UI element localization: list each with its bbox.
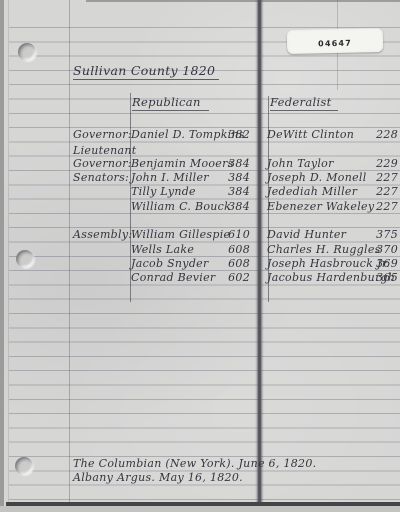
column-header-federalist: Federalist [270, 95, 338, 111]
office-label: Governor: [73, 128, 132, 141]
republican-votes: 608 [212, 257, 250, 270]
federalist-name: Jedediah Miller [267, 185, 357, 198]
federalist-name: David Hunter [267, 228, 346, 241]
page-top-edge [86, 0, 400, 2]
federalist-votes: 228 [358, 128, 398, 141]
table-row-senator: Tilly Lynde 384 Jedediah Miller 227 [0, 185, 400, 199]
office-label: Senators: [73, 171, 129, 184]
table-row-assembly: Conrad Bevier 602 Jacobus Hardenburgh 36… [0, 271, 400, 285]
catalog-number: 04647 [318, 39, 352, 49]
table-row-assembly: Jacob Snyder 608 Joseph Hasbrouck Jr. 36… [0, 257, 400, 271]
republican-name: Conrad Bevier [131, 271, 215, 284]
republican-name: Wells Lake [131, 243, 194, 256]
republican-votes: 602 [212, 271, 250, 284]
federalist-votes: 365 [358, 271, 398, 284]
federalist-name: DeWitt Clinton [267, 128, 354, 141]
table-row-assembly: Wells Lake 608 Charles H. Ruggles 370 [0, 243, 400, 257]
hole-punch [15, 457, 33, 475]
table-row-assembly: Assembly: William Gillespie 610 David Hu… [0, 228, 400, 242]
federalist-votes: 369 [358, 257, 398, 270]
page-title: Sullivan County 1820 [73, 63, 219, 80]
office-label: Governor: [73, 157, 132, 170]
republican-votes: 384 [212, 185, 250, 198]
republican-votes: 384 [212, 200, 250, 213]
republican-name: Tilly Lynde [131, 185, 196, 198]
table-row-lieutenant-governor: Governor: Benjamin Mooers 384 John Taylo… [0, 157, 400, 171]
table-row-senator: William C. Bouck 384 Ebenezer Wakeley 22… [0, 200, 400, 214]
republican-votes: 384 [212, 157, 250, 170]
republican-votes: 382 [212, 128, 250, 141]
federalist-votes: 227 [358, 171, 398, 184]
republican-votes: 608 [212, 243, 250, 256]
republican-name: John I. Miller [131, 171, 209, 184]
citation-line: The Columbian (New York). June 6, 1820. [73, 457, 316, 470]
office-label-lieutenant: Lieutenant [73, 144, 137, 157]
scanned-ledger-page: 04647 Sullivan County 1820 Republican Fe… [0, 0, 400, 512]
republican-votes: 610 [212, 228, 250, 241]
republican-votes: 384 [212, 171, 250, 184]
hole-punch [18, 43, 36, 61]
office-label: Assembly: [73, 228, 132, 241]
federalist-votes: 229 [358, 157, 398, 170]
column-header-republican: Republican [132, 95, 209, 111]
federalist-votes: 375 [358, 228, 398, 241]
federalist-name: Joseph D. Monell [267, 171, 367, 184]
federalist-votes: 370 [358, 243, 398, 256]
republican-name: Jacob Snyder [131, 257, 209, 270]
federalist-name: John Taylor [267, 157, 334, 170]
table-row-governor: Governor: Daniel D. Tompkins 382 DeWitt … [0, 128, 400, 142]
catalog-sticker: 04647 [287, 28, 383, 54]
federalist-votes: 227 [358, 185, 398, 198]
scanner-background [0, 506, 400, 512]
federalist-votes: 227 [358, 200, 398, 213]
citation-line: Albany Argus. May 16, 1820. [73, 471, 243, 484]
table-row-senator: Senators: John I. Miller 384 Joseph D. M… [0, 171, 400, 185]
